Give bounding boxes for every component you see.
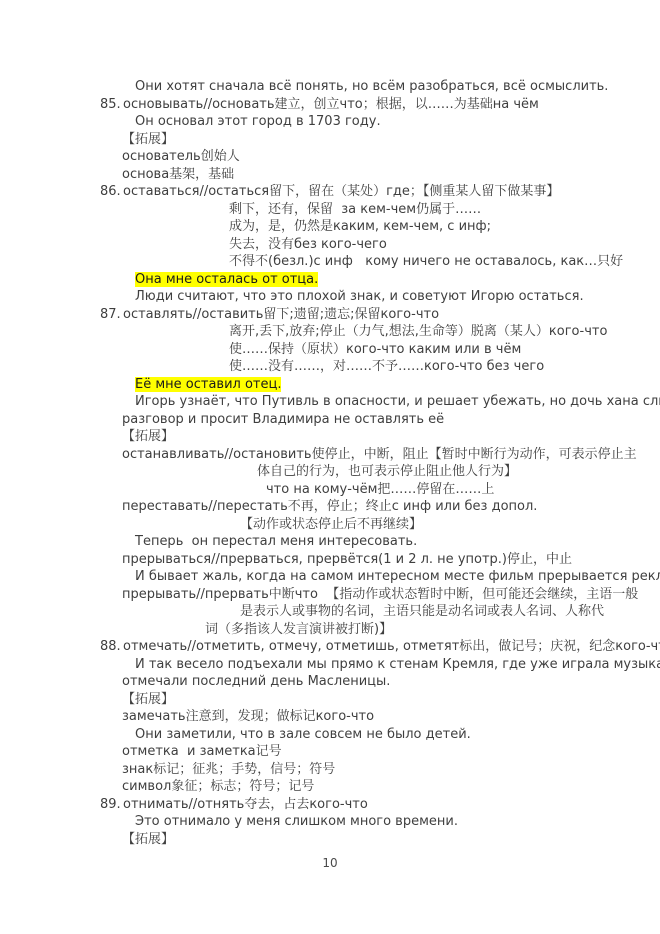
text-line: Они хотят сначала всё понять, но всём ра… (0, 78, 660, 96)
text-line: 86.оставаться//остаться留下，留在（某处）где；【侧重某… (0, 183, 660, 201)
line-text: 使……没有……，对……不予……кого-что без чего (229, 359, 544, 374)
text-line: 【拓展】 (0, 428, 660, 446)
line-text: 失去，没有без кого-чего (229, 237, 387, 252)
text-line: 不得不(безл.)с инф кому ничего не оставалос… (0, 253, 660, 271)
text-line: 使……没有……，对……不予……кого-что без чего (0, 358, 660, 376)
line-text: останавливать//остановить使停止，中断，阻止【暂时中断行… (122, 447, 637, 462)
text-line: Игорь узнаёт, что Путивль в опасности, и… (0, 393, 660, 411)
text-line: переставать//перестать不再，停止；终止с инф или … (0, 498, 660, 516)
line-text: основа基架，基础 (122, 167, 234, 182)
text-line: 85.основывать//основать建立，创立что；根据，以……为基… (0, 96, 660, 114)
line-text: Они заметили, что в зале совсем не было … (135, 727, 471, 742)
highlighted-sentence: Её мне оставил отец. (0, 376, 660, 394)
line-text: 不得不(безл.)с инф кому ничего не оставалос… (229, 254, 623, 269)
line-text: символ象征；标志；符号；记号 (122, 779, 314, 794)
text-line: прерывать//прервать中断что 【指动作或状态暂时中断，但可能… (0, 586, 660, 604)
text-line: Люди считают, что это плохой знак, и сов… (0, 288, 660, 306)
line-text: Игорь узнаёт, что Путивль в опасности, и… (135, 394, 660, 409)
entry-number: 89. (100, 796, 123, 814)
line-text: переставать//перестать不再，停止；终止с инф или … (122, 499, 537, 514)
line-text: 成为，是，仍然是каким, кем-чем, с инф; (229, 219, 491, 234)
line-text: отмечали последний день Масленицы. (122, 674, 390, 689)
text-line: 词（多指该人发言演讲被打断)】 (0, 621, 660, 639)
line-text: что на кому-чём把……停留在……上 (266, 482, 494, 497)
line-text: 离开,丢下,放弃;停止（力气,想法,生命等）脱离（某人）кого-что (229, 324, 607, 339)
text-block: Они хотят сначала всё понять, но всём ра… (0, 0, 660, 848)
line-text: Он основал этот город в 1703 году. (135, 114, 381, 129)
entry-number: 88. (100, 638, 123, 656)
page-number: 10 (0, 855, 660, 873)
document-page: Они хотят сначала всё понять, но всём ра… (0, 0, 660, 934)
text-line: 离开,丢下,放弃;停止（力气,想法,生命等）脱离（某人）кого-что (0, 323, 660, 341)
text-line: символ象征；标志；符号；记号 (0, 778, 660, 796)
line-text: 是表示人或事物的名词，主语只能是动名词或表人名词、人称代 (240, 604, 604, 619)
text-line: Он основал этот город в 1703 году. (0, 113, 660, 131)
line-text: И так весело подъехали мы прямо к стенам… (135, 657, 660, 672)
text-line: 是表示人或事物的名词，主语只能是动名词或表人名词、人称代 (0, 603, 660, 621)
line-text: Теперь он перестал меня интересовать. (135, 534, 417, 549)
text-line: 成为，是，仍然是каким, кем-чем, с инф; (0, 218, 660, 236)
entry-number: 86. (100, 183, 123, 201)
text-line: 87.оставлять//оставить留下;遗留;遗忘;保留кого-чт… (0, 306, 660, 324)
line-text: 【动作或状态停止后不再继续】 (240, 517, 422, 532)
line-text: Это отнимало у меня слишком много времен… (135, 814, 458, 829)
line-text: прерываться//прерваться, прервётся(1 и 2… (122, 552, 572, 567)
line-text: основывать//основать建立，创立что；根据，以……为基础на… (123, 97, 539, 112)
text-line: разговор и просит Владимира не оставлять… (0, 411, 660, 429)
line-text: Они хотят сначала всё понять, но всём ра… (135, 79, 608, 94)
line-text: 剩下，还有，保留 за кем-чем仍属于…… (229, 202, 481, 217)
line-text: замечать注意到，发现；做标记кого-что (122, 709, 374, 724)
line-text: отнимать//отнять夺去，占去кого-что (123, 797, 368, 812)
text-line: 【拓展】 (0, 831, 660, 849)
line-text: 体自己的行为，也可表示停止阻止他人行为】 (257, 464, 517, 479)
text-line: 【拓展】 (0, 131, 660, 149)
text-line: замечать注意到，发现；做标记кого-что (0, 708, 660, 726)
entry-number: 85. (100, 96, 123, 114)
line-text: Она мне осталась от отца. (135, 272, 318, 287)
text-line: что на кому-чём把……停留在……上 (0, 481, 660, 499)
line-text: основатель创始人 (122, 149, 240, 164)
text-line: основатель创始人 (0, 148, 660, 166)
line-text: 【拓展】 (122, 429, 174, 444)
entry-number: 87. (100, 306, 123, 324)
text-line: 失去，没有без кого-чего (0, 236, 660, 254)
text-line: Это отнимало у меня слишком много времен… (0, 813, 660, 831)
line-text: Люди считают, что это плохой знак, и сов… (135, 289, 584, 304)
line-text: 【拓展】 (122, 692, 174, 707)
text-line: Теперь он перестал меня интересовать. (0, 533, 660, 551)
text-line: 【拓展】 (0, 691, 660, 709)
text-line: 剩下，还有，保留 за кем-чем仍属于…… (0, 201, 660, 219)
text-line: И бывает жаль, когда на самом интересном… (0, 568, 660, 586)
text-line: останавливать//остановить使停止，中断，阻止【暂时中断行… (0, 446, 660, 464)
text-line: 89.отнимать//отнять夺去，占去кого-что (0, 796, 660, 814)
line-text: оставаться//остаться留下，留在（某处）где；【侧重某人留下… (123, 184, 559, 199)
line-text: 【拓展】 (122, 132, 174, 147)
line-text: прерывать//прервать中断что 【指动作或状态暂时中断，但可能… (122, 587, 638, 602)
highlighted-sentence: Она мне осталась от отца. (0, 271, 660, 289)
text-line: отмечали последний день Масленицы. (0, 673, 660, 691)
text-line: прерываться//прерваться, прервётся(1 и 2… (0, 551, 660, 569)
text-line: отметка и заметка记号 (0, 743, 660, 761)
line-text: 【拓展】 (122, 832, 174, 847)
line-text: 使……保持（原状）кого-что каким или в чём (229, 342, 521, 357)
line-text: отмечать//отметить, отмечу, отметишь, от… (123, 639, 660, 654)
line-text: И бывает жаль, когда на самом интересном… (135, 569, 660, 584)
text-line: 使……保持（原状）кого-что каким или в чём (0, 341, 660, 359)
line-text: отметка и заметка记号 (122, 744, 282, 759)
text-line: 【动作或状态停止后不再继续】 (0, 516, 660, 534)
text-line: Они заметили, что в зале совсем не было … (0, 726, 660, 744)
line-text: 词（多指该人发言演讲被打断)】 (205, 622, 392, 637)
line-text: оставлять//оставить留下;遗留;遗忘;保留кого-что (123, 307, 439, 322)
line-text: Её мне оставил отец. (135, 377, 281, 392)
text-line: 体自己的行为，也可表示停止阻止他人行为】 (0, 463, 660, 481)
text-line: И так весело подъехали мы прямо к стенам… (0, 656, 660, 674)
line-text: знак标记；征兆；手势，信号；符号 (122, 762, 335, 777)
text-line: знак标记；征兆；手势，信号；符号 (0, 761, 660, 779)
text-line: основа基架，基础 (0, 166, 660, 184)
line-text: разговор и просит Владимира не оставлять… (122, 412, 444, 427)
text-line: 88.отмечать//отметить, отмечу, отметишь,… (0, 638, 660, 656)
